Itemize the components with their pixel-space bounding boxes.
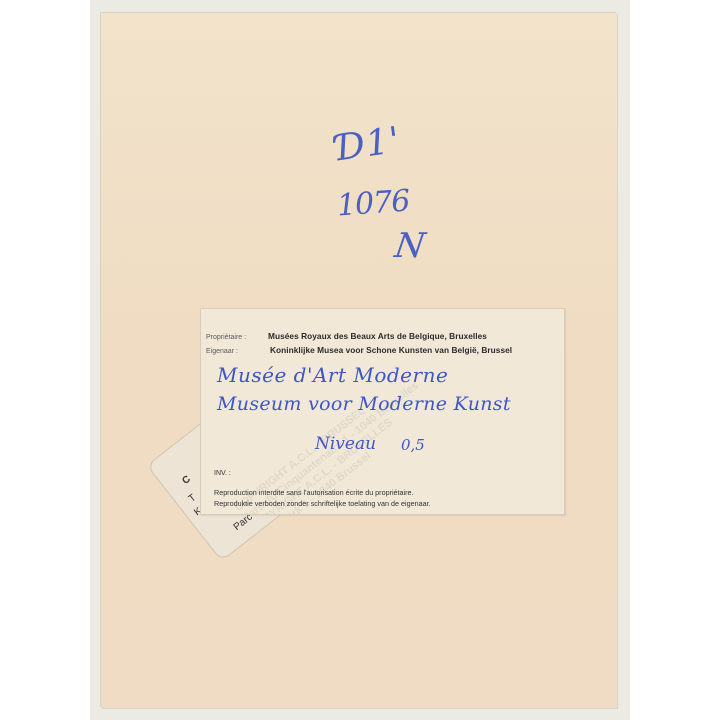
owner-label-fr: Propriétaire :: [206, 334, 268, 341]
owner-row-fr: Propriétaire :Musées Royaux des Beaux Ar…: [206, 331, 487, 341]
handwritten-level-label: Niveau: [315, 434, 376, 454]
handwritten-note-number: 1076: [336, 184, 411, 224]
tilted-card-fragment: T: [187, 492, 199, 504]
reproduction-notice-nl: Reproduktie verboden zonder schriftelijk…: [214, 499, 431, 508]
inventory-label: INV. :: [214, 470, 231, 477]
handwritten-museum-nl: Museum voor Moderne Kunst: [217, 393, 511, 415]
tilted-card-fragment: C: [180, 474, 192, 487]
museum-label-card: COPYRIGHT A.C.L. - BRUSSEL Parc du Cinqu…: [200, 308, 565, 515]
owner-label-nl: Eigenaar :: [206, 348, 268, 355]
owner-row-nl: Eigenaar :Koninklijke Musea voor Schone …: [206, 345, 512, 355]
handwritten-museum-fr: Musée d'Art Moderne: [217, 363, 448, 387]
reproduction-notice-fr: Reproduction interdite sans l'autorisati…: [214, 488, 414, 497]
owner-value-nl: Koninklijke Musea voor Schone Kunsten va…: [270, 345, 512, 355]
owner-value-fr: Musées Royaux des Beaux Arts de Belgique…: [268, 331, 487, 341]
handwritten-note-letter: N: [392, 226, 427, 266]
handwritten-level-value: 0,5: [401, 436, 425, 454]
